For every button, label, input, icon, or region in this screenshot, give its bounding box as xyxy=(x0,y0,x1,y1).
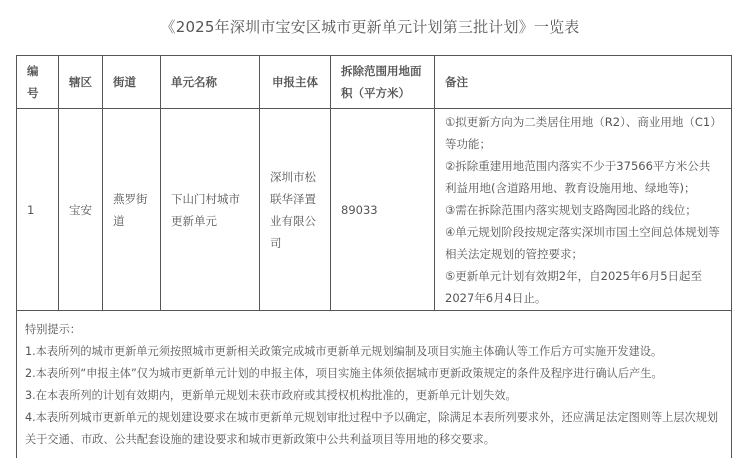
header-applicant: 申报主体 xyxy=(260,56,331,109)
cell-unit-name: 下山门村城市更新单元 xyxy=(161,109,260,311)
cell-remarks: ①拟更新方向为二类居住用地（R2）、商业用地（C1）等功能； ②拆除重建用地范围… xyxy=(435,109,732,311)
remark-5: ⑤更新单元计划有效期2年，自2025年6月5日起至2027年6月4日止。 xyxy=(445,265,721,309)
header-district: 辖区 xyxy=(59,56,103,109)
remark-1: ①拟更新方向为二类居住用地（R2）、商业用地（C1）等功能； xyxy=(445,111,721,155)
note-1: 1.本表所列的城市更新单元须按照城市更新相关政策完成城市更新单元规划编制及项目实… xyxy=(25,341,723,363)
header-unit-name: 单元名称 xyxy=(161,56,260,109)
header-street: 街道 xyxy=(103,56,161,109)
cell-applicant: 深圳市松联华泽置业有限公司 xyxy=(260,109,331,311)
cell-street: 燕罗街道 xyxy=(103,109,161,311)
page-title: 《2025年深圳市宝安区城市更新单元计划第三批计划》一览表 xyxy=(0,16,740,37)
table-header-row: 编号 辖区 街道 单元名称 申报主体 拆除范围用地面积（平方米） 备注 xyxy=(17,56,732,109)
cell-index: 1 xyxy=(17,109,59,311)
remark-4: ④单元规划阶段按规定落实深圳市国土空间总体规划等相关法定规划的管控要求； xyxy=(445,221,721,265)
note-3: 3.在本表所列的计划有效期内，更新单元规划未获市政府或其授权机构批准的，更新单元… xyxy=(25,385,723,407)
header-area: 拆除范围用地面积（平方米） xyxy=(331,56,435,109)
notes-heading: 特别提示： xyxy=(25,319,723,341)
plan-table: 编号 辖区 街道 单元名称 申报主体 拆除范围用地面积（平方米） 备注 1 宝安… xyxy=(16,55,732,458)
table-row: 1 宝安 燕罗街道 下山门村城市更新单元 深圳市松联华泽置业有限公司 89033… xyxy=(17,109,732,311)
cell-area: 89033 xyxy=(331,109,435,311)
notes-cell: 特别提示： 1.本表所列的城市更新单元须按照城市更新相关政策完成城市更新单元规划… xyxy=(17,311,732,458)
remark-2: ②拆除重建用地范围内落实不少于37566平方米公共利益用地(含道路用地、教育设施… xyxy=(445,155,721,199)
notes-row: 特别提示： 1.本表所列的城市更新单元须按照城市更新相关政策完成城市更新单元规划… xyxy=(17,311,732,458)
cell-district: 宝安 xyxy=(59,109,103,311)
remark-3: ③需在拆除范围内落实规划支路陶园北路的线位； xyxy=(445,199,721,221)
header-remarks: 备注 xyxy=(435,56,732,109)
header-index: 编号 xyxy=(17,56,59,109)
note-4: 4.本表所列城市更新单元的规划建设要求在城市更新单元规划审批过程中予以确定，除满… xyxy=(25,407,723,451)
note-2: 2.本表所列“申报主体”仅为城市更新单元计划的申报主体，项目实施主体须依据城市更… xyxy=(25,363,723,385)
